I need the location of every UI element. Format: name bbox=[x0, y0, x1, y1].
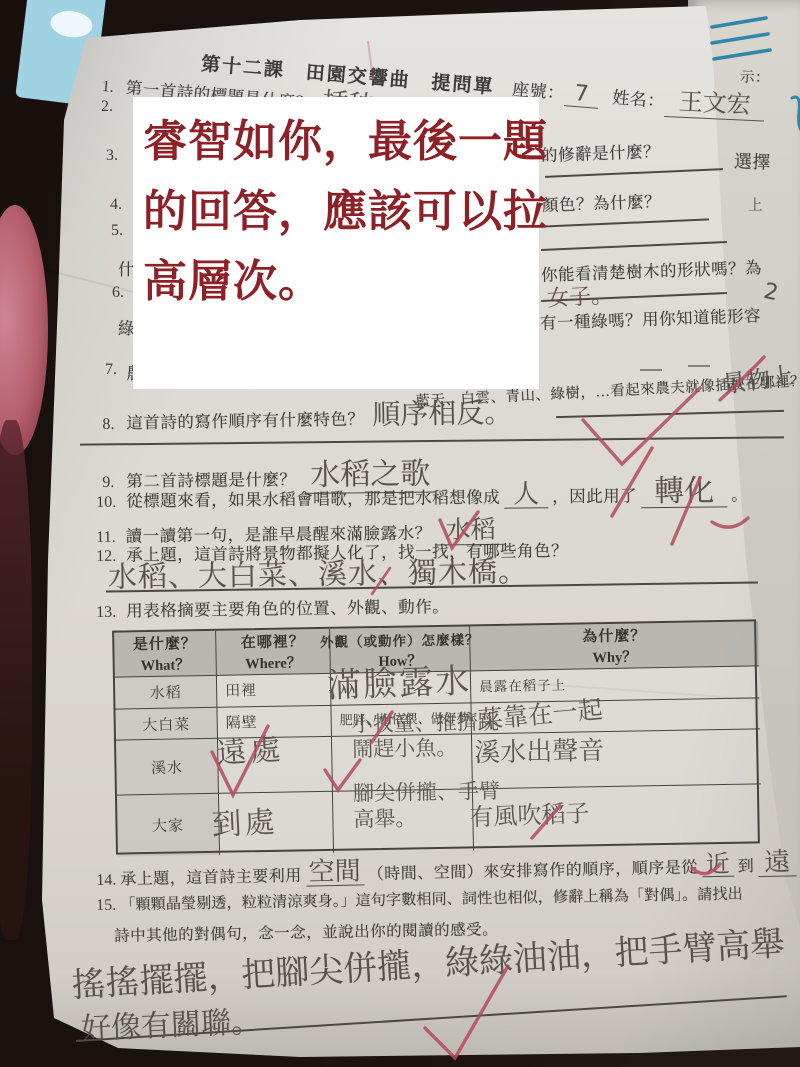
question-number: 1. bbox=[101, 78, 114, 96]
name-label: 姓名： bbox=[612, 88, 666, 111]
table-cell: 田裡 bbox=[225, 679, 257, 701]
name-handwriting: 王文宏 bbox=[664, 81, 766, 121]
answer-handwriting: 人 bbox=[513, 481, 539, 507]
answer-handwriting: 遠 bbox=[764, 849, 791, 876]
fill-in-blank: 人 bbox=[504, 481, 548, 508]
cloud-decoration bbox=[49, 9, 94, 40]
table-handwriting: 有風吹稻子 bbox=[469, 793, 590, 832]
question-text: 到 bbox=[738, 858, 755, 875]
answer-line bbox=[688, 365, 710, 367]
table-handwriting: 滿臉露水 bbox=[326, 653, 472, 707]
note-text: 睿智如你，最後一題 bbox=[143, 107, 539, 177]
table-handwriting: 溪水出聲音 bbox=[474, 730, 605, 769]
table-row-label: 溪水 bbox=[151, 756, 183, 778]
table-header-en: Where？ bbox=[245, 651, 301, 673]
answer-handwriting: 好像有關聯。 bbox=[80, 996, 262, 1047]
answer-line bbox=[640, 369, 662, 371]
answer-handwriting: 順序相反。 bbox=[372, 396, 513, 431]
question-number: 10. bbox=[96, 494, 116, 511]
note-text: 高層次。 bbox=[143, 247, 539, 317]
table-header: 為什麼？ bbox=[582, 624, 646, 646]
side-paper-fragment: 上 bbox=[748, 194, 763, 215]
question-number: 2. bbox=[101, 98, 113, 116]
question-number: 14. bbox=[96, 872, 116, 889]
table-cell: 晨露在稻子上 bbox=[479, 674, 566, 696]
question-number: 8. bbox=[102, 416, 114, 433]
question-text: 承上題，這首詩主要利用 bbox=[120, 868, 302, 889]
table-header-en: What？ bbox=[140, 653, 190, 675]
pink-object bbox=[0, 205, 48, 455]
question-number: 4. bbox=[110, 196, 122, 214]
answer-handwriting: 轉化 bbox=[654, 477, 714, 508]
question-text: 從標題來看，如果水稻會唱歌，那是把水稻想像成 bbox=[126, 488, 500, 511]
table-row-label: 水稻 bbox=[149, 681, 181, 703]
question-text: ，因此用了 bbox=[552, 486, 637, 506]
table-header: 外觀（或動作）怎麼樣？ bbox=[320, 628, 480, 651]
summary-table: 是什麼？What？ 在哪裡？Where？ 外觀（或動作）怎麼樣？How？ 為什麼… bbox=[112, 619, 760, 854]
table-row-label: 大家 bbox=[152, 814, 184, 836]
worksheet-photo: 示： 選擇 上 2 第十二課 田園交響曲 提問單 座號：7 姓名：王文宏 1. … bbox=[0, 0, 800, 1067]
fill-in-blank: 遠 bbox=[758, 849, 797, 877]
seat-number-handwriting: 7 bbox=[564, 80, 600, 109]
question-text: 。 bbox=[731, 485, 748, 504]
question-number: 13. bbox=[96, 604, 116, 621]
table-handwriting: 到處 bbox=[210, 797, 278, 844]
side-paper-fragment: 選擇 bbox=[734, 147, 772, 174]
question-text: 用表格摘要主要角色的位置、外觀、動作。 bbox=[126, 597, 449, 621]
question-number: 3. bbox=[106, 147, 118, 165]
fill-in-blank: 空間 bbox=[305, 858, 364, 886]
table-row-label: 大白菜 bbox=[142, 713, 190, 735]
table-handwriting: 遠處 bbox=[215, 724, 286, 773]
question-number: 6. bbox=[112, 284, 124, 302]
table-header: 在哪裡？ bbox=[241, 630, 305, 652]
question-8: 8. 這首詩的寫作順序有什麼特色？ 順序相反。 bbox=[102, 391, 513, 438]
question-number: 5. bbox=[111, 222, 123, 240]
question-13: 13. 用表格摘要主要角色的位置、外觀、動作。 bbox=[96, 593, 449, 622]
answer-handwriting: 近 bbox=[705, 852, 729, 876]
table-header: 是什麼？ bbox=[133, 632, 197, 654]
note-text: 的回答，應該可以拉 bbox=[143, 177, 539, 247]
question-3-fragment: 的修辭是什麼？ bbox=[541, 138, 661, 166]
shadow-edge bbox=[0, 420, 32, 940]
question-4-fragment: 顏色？為什麼？ bbox=[542, 188, 662, 216]
question-text: 這首詩的寫作順序有什麼特色？ bbox=[126, 409, 364, 432]
question-number: 7. bbox=[105, 361, 117, 379]
fill-in-blank: 轉化 bbox=[641, 476, 727, 508]
answer-handwriting: 空間 bbox=[308, 858, 361, 885]
teacher-note-overlay: 睿智如你，最後一題 的回答，應該可以拉 高層次。 bbox=[133, 97, 539, 389]
question-number: 15. bbox=[96, 897, 116, 914]
table-header-en: Why？ bbox=[592, 645, 637, 667]
fill-in-blank: 近 bbox=[701, 852, 734, 878]
